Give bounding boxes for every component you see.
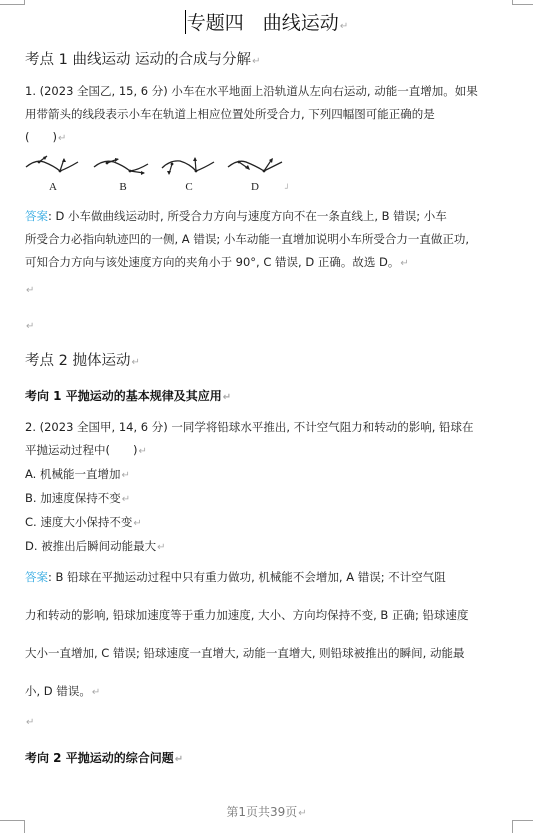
question-1-figures: A B C D ┘ <box>22 152 302 198</box>
page-corner-mark-bottom-right <box>512 820 533 833</box>
option-d: D. 被推出后瞬间动能最大↵ <box>25 535 515 559</box>
paragraph-mark-icon: ↵ <box>131 357 139 368</box>
section-heading-1: 考点 1 曲线运动 运动的合成与分解↵ <box>25 50 260 72</box>
paragraph-mark-icon: ↵ <box>340 21 348 32</box>
figure-label: D <box>224 181 286 193</box>
curve-force-diagram-icon <box>92 152 154 182</box>
paragraph-mark-icon: ↵ <box>26 285 34 296</box>
paragraph-mark-icon: ↵ <box>26 321 34 332</box>
answer-1-line: 所受合力必指向轨迹凹的一侧, A 错误; 小车动能一直增加说明小车所受合力一直做… <box>25 228 515 251</box>
answer-2-line: 力和转动的影响, 铅球加速度等于重力加速度, 大小、方向均保持不变, B 正确;… <box>25 596 515 634</box>
empty-paragraph: ↵ <box>25 710 515 734</box>
page-corner-mark-top-left <box>0 0 25 5</box>
empty-paragraph: ↵ <box>25 314 515 338</box>
paragraph-mark-icon: ┘ <box>285 184 290 193</box>
page-number: 第1页共39页 <box>226 805 297 819</box>
option-a: A. 机械能一直增加↵ <box>25 463 515 487</box>
figure-option-b: B <box>92 152 154 198</box>
paragraph-mark-icon: ↵ <box>92 687 100 698</box>
subsection-heading-2: 考向 2 平抛运动的综合问题↵ <box>25 749 183 769</box>
paragraph-mark-icon: ↵ <box>133 518 141 529</box>
figure-label: B <box>92 181 154 193</box>
curve-force-diagram-icon <box>22 152 84 182</box>
curve-force-diagram-icon <box>158 152 220 182</box>
question-1-line: ( )↵ <box>25 126 515 150</box>
paragraph-mark-icon: ↵ <box>298 808 306 819</box>
question-1-line: 1. (2023 全国乙, 15, 6 分) 小车在水平地面上沿轨道从左向右运动… <box>25 80 515 103</box>
figure-option-c: C <box>158 152 220 198</box>
paragraph-mark-icon: ↵ <box>121 470 129 481</box>
paragraph-mark-icon: ↵ <box>175 754 183 765</box>
paragraph-mark-icon: ↵ <box>138 446 146 457</box>
answer-label: 答案 <box>25 570 48 584</box>
text-cursor <box>185 10 186 34</box>
paragraph-mark-icon: ↵ <box>157 542 165 553</box>
subsection-heading-1: 考向 1 平抛运动的基本规律及其应用↵ <box>25 387 231 407</box>
paragraph-mark-icon: ↵ <box>223 392 231 403</box>
answer-2: 答案: B 铅球在平抛运动过程中只有重力做功, 机械能不会增加, A 错误; 不… <box>25 558 515 712</box>
paragraph-mark-icon: ↵ <box>26 717 34 728</box>
figure-option-d: D <box>224 152 286 198</box>
document-title[interactable]: 专题四 曲线运动↵ <box>0 10 533 40</box>
question-1: 1. (2023 全国乙, 15, 6 分) 小车在水平地面上沿轨道从左向右运动… <box>25 80 515 150</box>
paragraph-mark-icon: ↵ <box>400 258 408 269</box>
paragraph-mark-icon: ↵ <box>58 133 66 144</box>
figure-option-a: A <box>22 152 84 198</box>
answer-label: 答案 <box>25 209 48 223</box>
section-heading-2: 考点 2 抛体运动↵ <box>25 351 140 373</box>
option-b: B. 加速度保持不变↵ <box>25 487 515 511</box>
page-corner-mark-bottom-left <box>0 820 25 833</box>
figure-label: C <box>158 181 220 193</box>
paragraph-mark-icon: ↵ <box>122 494 130 505</box>
page-footer: 第1页共39页↵ <box>0 803 533 820</box>
figure-label: A <box>22 181 84 193</box>
paragraph-mark-icon: ↵ <box>252 56 260 67</box>
question-1-line: 用带箭头的线段表示小车在轨道上相应位置处所受合力, 下列四幅图可能正确的是 <box>25 103 515 126</box>
answer-2-line: 大小一直增加, C 错误; 铅球速度一直增大, 动能一直增大, 则铅球被推出的瞬… <box>25 634 515 672</box>
empty-paragraph: ↵ <box>25 278 515 302</box>
question-2-line: 2. (2023 全国甲, 14, 6 分) 一同学将铅球水平推出, 不计空气阻… <box>25 416 515 439</box>
option-c: C. 速度大小保持不变↵ <box>25 511 515 535</box>
question-2: 2. (2023 全国甲, 14, 6 分) 一同学将铅球水平推出, 不计空气阻… <box>25 416 515 559</box>
page-corner-mark-top-right <box>512 0 533 5</box>
curve-force-diagram-icon <box>224 152 286 182</box>
answer-1: 答案: D 小车做曲线运动时, 所受合力方向与速度方向不在一条直线上, B 错误… <box>25 205 515 275</box>
